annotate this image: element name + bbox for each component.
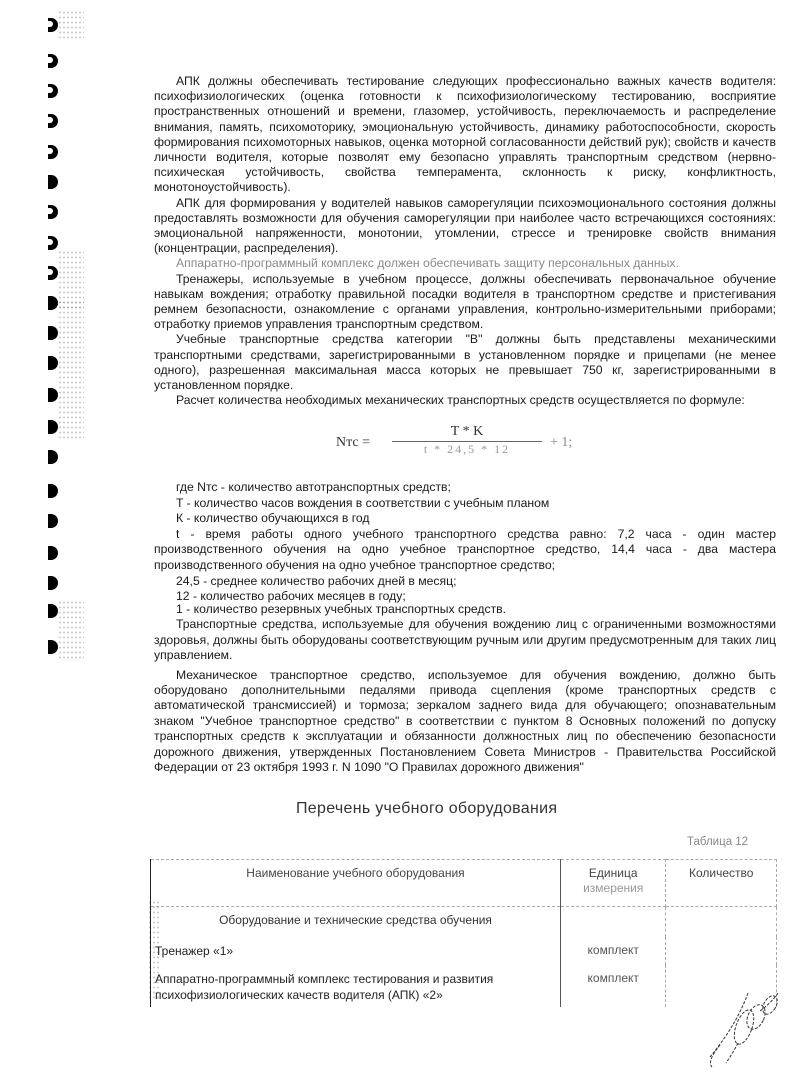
paragraph-apk-testing: АПК должны обеспечивать тестирование сле… (154, 74, 776, 196)
header-unit: Единица измерения (560, 860, 666, 907)
paragraph-mechanical-vehicle: Механическое транспортное средство, испо… (154, 668, 776, 776)
document-body: АПК должны обеспечивать тестирование сле… (154, 74, 776, 408)
definition-reserve: 1 - количество резервных учебных транспо… (154, 602, 776, 617)
header-quantity: Количество (666, 860, 777, 907)
binding-hole-icon (48, 205, 58, 219)
vehicle-count-formula: Nтс = T * K t * 24,5 * 12 + 1; (336, 424, 596, 460)
group-label: Оборудование и технические средства обуч… (151, 907, 561, 938)
paragraph-data-protection: Аппаратно-программный комплекс должен об… (154, 256, 776, 271)
equipment-table: Наименование учебного оборудования Едини… (150, 859, 777, 1007)
row-quantity (666, 937, 777, 965)
definition-workdays: 24,5 - среднее количество рабочих дней в… (154, 574, 776, 590)
binding-hole-icon (48, 388, 58, 402)
binding-hole-icon (48, 54, 58, 68)
scan-noise (58, 600, 84, 660)
row-equipment-name: Тренажер «1» (151, 937, 561, 965)
header-unit-line1: Единица (589, 866, 638, 880)
formula-lhs: Nтс = (336, 435, 370, 451)
lower-body: 1 - количество резервных учебных транспо… (154, 602, 776, 775)
definition-k-students: К - количество обучающихся в год (154, 511, 776, 527)
formula-definitions: где Nтс - количество автотранспортных ср… (154, 480, 776, 605)
formula-denominator: t * 24,5 * 12 (392, 442, 542, 457)
paragraph-disabled-drivers: Транспортные средства, используемые для … (154, 617, 776, 663)
binding-hole-icon (48, 420, 58, 434)
binding-hole-icon (48, 450, 58, 464)
handwritten-signature-icon (690, 985, 785, 1075)
binding-hole-icon (48, 326, 58, 340)
group-quantity-cell (666, 907, 777, 938)
row-unit: комплект (560, 937, 666, 965)
row-equipment-name: Аппаратно-программный комплекс тестирова… (151, 965, 561, 1007)
binding-hole-icon (48, 514, 58, 528)
paragraph-vehicles-category-b: Учебные транспортные средства категории … (154, 332, 776, 393)
group-unit-cell (560, 907, 666, 938)
table-group-row: Оборудование и технические средства обуч… (151, 907, 777, 938)
paragraph-apk-selfregulation: АПК для формирования у водителей навыков… (154, 196, 776, 257)
table-row: Аппаратно-программный комплекс тестирова… (151, 965, 777, 1007)
definition-t-hours: T - количество часов вождения в соответс… (154, 496, 776, 512)
formula-numerator: T * K (392, 424, 542, 442)
paragraph-simulators: Тренажеры, используемые в учебном процес… (154, 272, 776, 333)
binding-hole-icon (48, 18, 58, 32)
formula-fraction: T * K t * 24,5 * 12 (392, 424, 542, 457)
table-caption: Таблица 12 (687, 836, 748, 848)
paragraph-calculation-intro: Расчет количества необходимых механическ… (154, 393, 776, 408)
binding-hole-icon (48, 576, 58, 590)
binding-hole-icon (48, 145, 58, 159)
header-equipment-name: Наименование учебного оборудования (151, 860, 561, 907)
binding-hole-icon (48, 640, 58, 654)
section-title: Перечень учебного оборудования (296, 800, 557, 818)
table-header-row: Наименование учебного оборудования Едини… (151, 860, 777, 907)
formula-rhs: + 1; (550, 435, 572, 451)
binding-hole-icon (48, 546, 58, 560)
table-row: Тренажер «1» комплект (151, 937, 777, 965)
binding-hole-icon (48, 84, 58, 98)
definition-t-worktime: t - время работы одного учебного транспо… (154, 527, 776, 574)
binding-hole-icon (48, 114, 58, 128)
binding-strip (48, 0, 88, 1080)
binding-hole-icon (48, 484, 58, 498)
scan-noise (58, 300, 84, 440)
binding-hole-icon (48, 266, 58, 280)
binding-hole-icon (48, 236, 58, 250)
scan-noise (58, 10, 84, 40)
definition-ntc: где Nтс - количество автотранспортных ср… (154, 480, 776, 496)
binding-hole-icon (48, 604, 58, 618)
binding-hole-icon (48, 175, 58, 189)
header-unit-line2: измерения (583, 881, 643, 895)
binding-hole-icon (48, 296, 58, 310)
row-unit: комплект (560, 965, 666, 1007)
binding-hole-icon (48, 356, 58, 370)
